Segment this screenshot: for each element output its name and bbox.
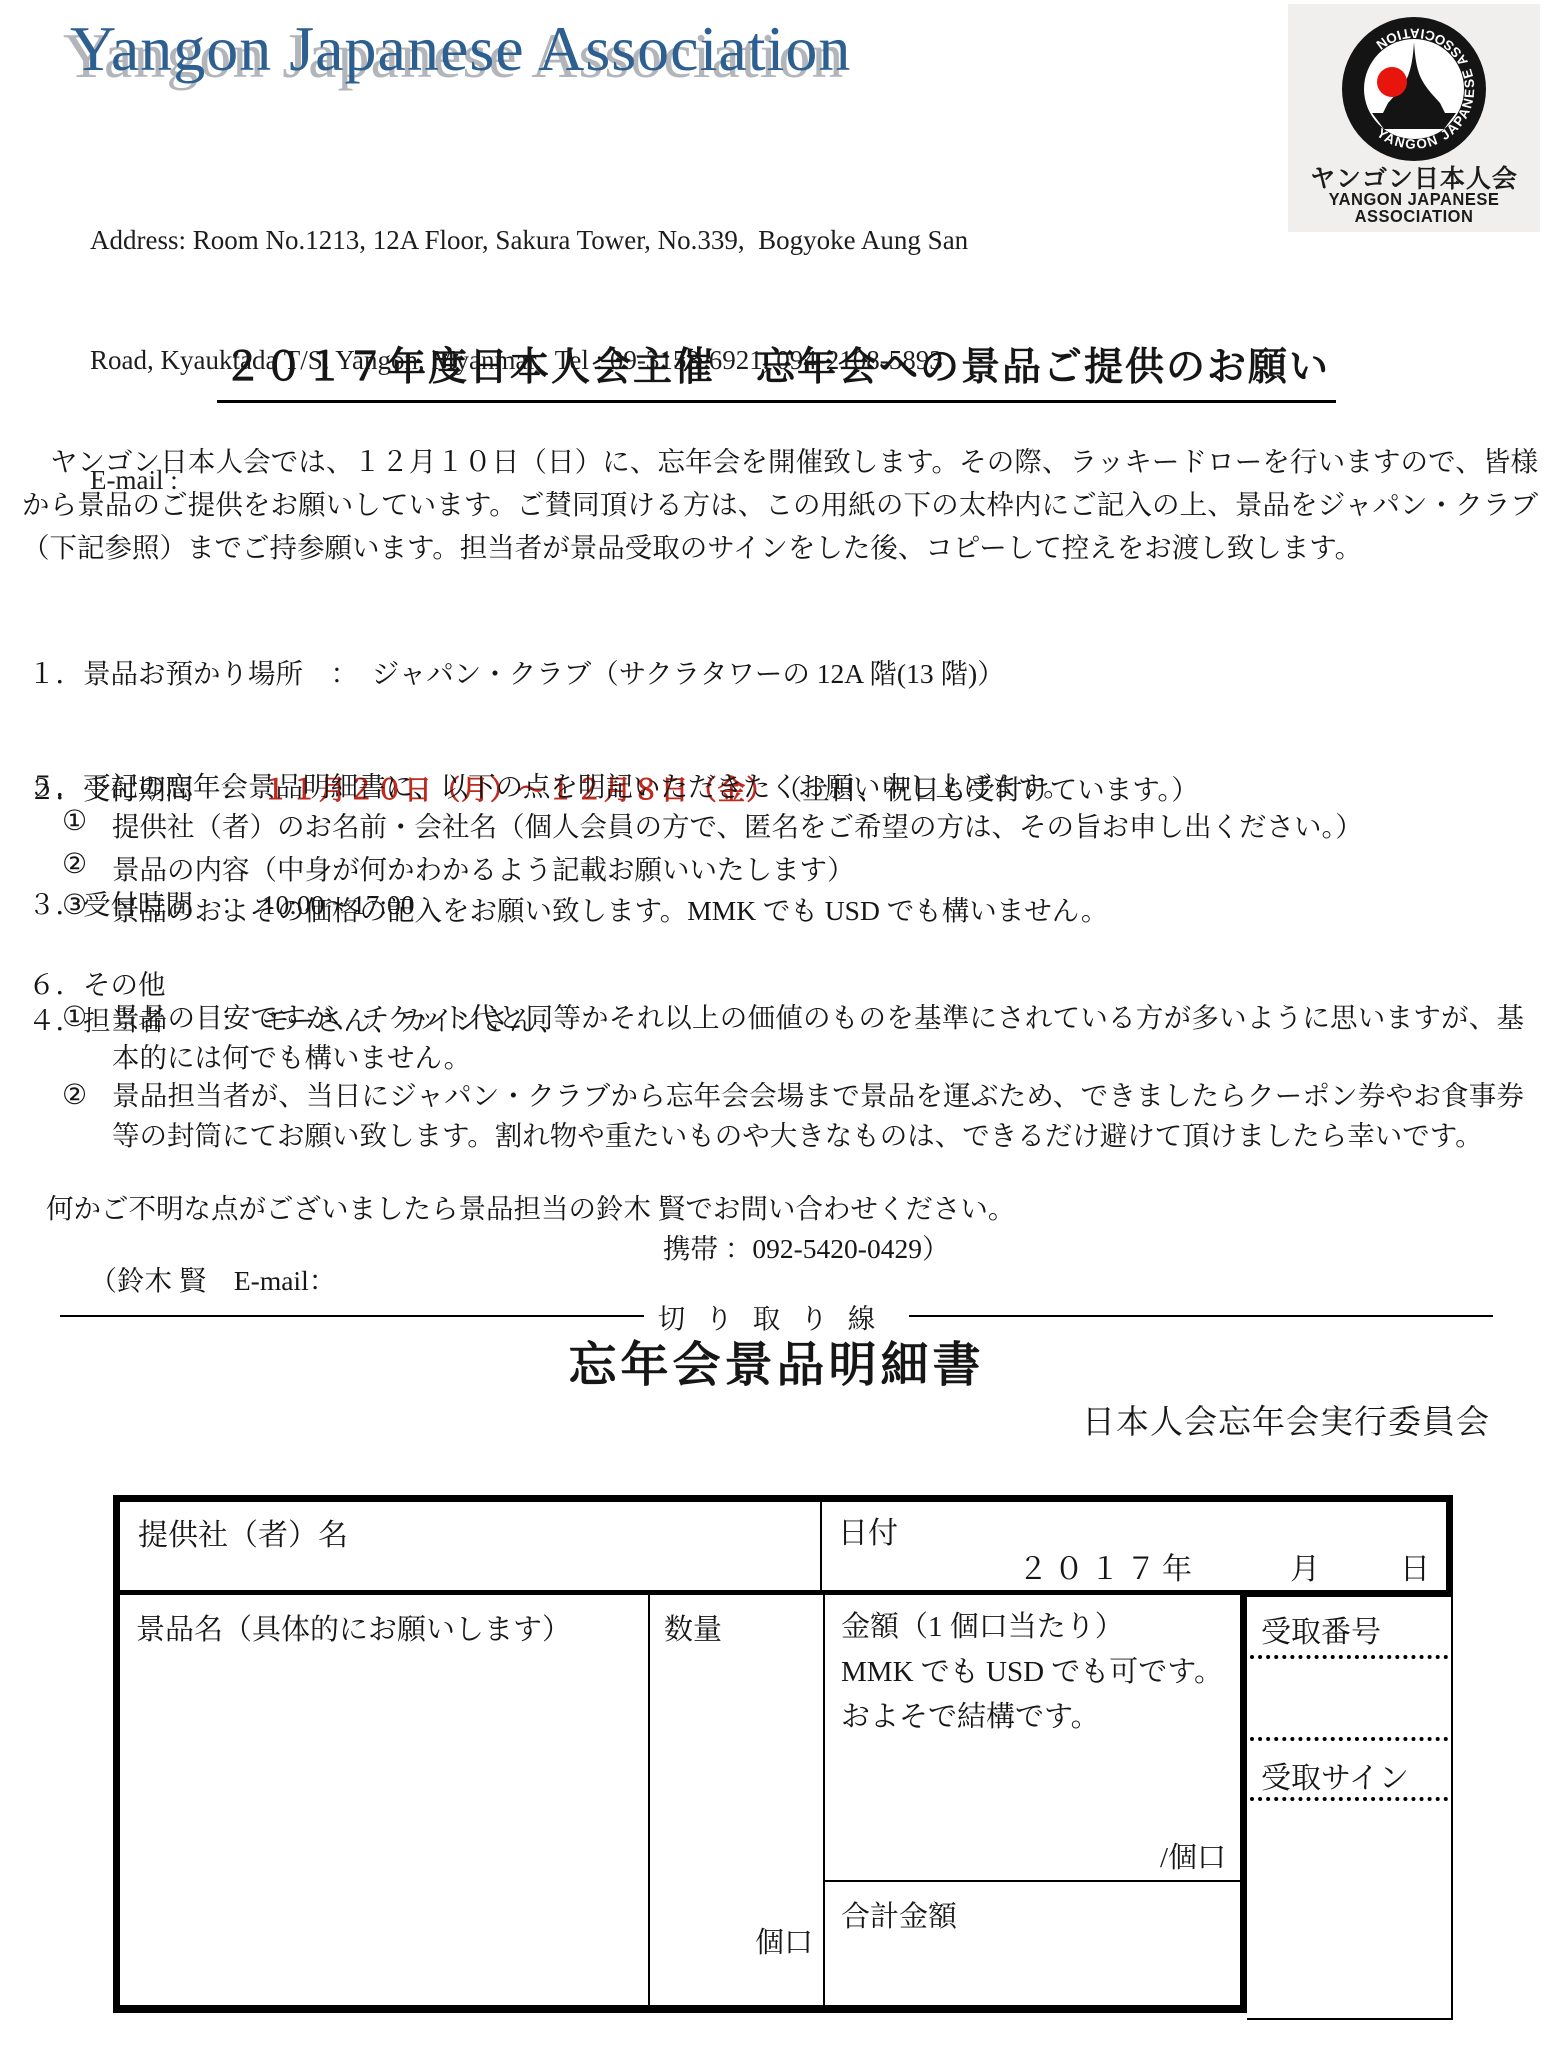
- section5-item-3-text: 景品のおよその価格の記入をお願い致します。MMK でも USD でも構いません。: [112, 888, 1502, 928]
- org-name-heading: Yangon Japanese Association: [70, 12, 851, 86]
- date-cell[interactable]: 日付 ２０１７年 月 日: [822, 1502, 1446, 1590]
- date-month-label: 月: [1290, 1544, 1320, 1588]
- quantity-label: 数量: [664, 1614, 722, 1646]
- receipt-sign-label: 受取サイン: [1261, 1762, 1409, 1795]
- committee-name: 日本人会忘年会実行委員会: [1082, 1396, 1490, 1443]
- section5-item-1-text: 提供社（者）のお名前・会社名（個人会員の方で、匿名をご希望の方は、その旨お申し出…: [112, 804, 1502, 844]
- amount-note-1: MMK でも USD でも可です。: [841, 1650, 1230, 1695]
- address-line-1: Address: Room No.1213, 12A Floor, Sakura…: [90, 220, 968, 260]
- section6-item-2-text: 景品担当者が、当日にジャパン・クラブから忘年会会場まで景品を運ぶため、できました…: [112, 1076, 1524, 1156]
- date-year: ２０１７年: [1018, 1544, 1198, 1588]
- receipt-number-blank[interactable]: [1247, 1659, 1451, 1741]
- contact-mobile: 携帯 ：092-5420-0429）: [663, 1226, 949, 1266]
- contact-line: 何かご不明な点がございましたら景品担当の鈴木 賢でお問い合わせください。: [46, 1186, 1015, 1226]
- contact-email-label: （鈴木 賢 E-mail：: [90, 1265, 337, 1296]
- section6-heading: ６．その他: [28, 962, 166, 1002]
- receipt-sign-cell[interactable]: 受取サイン: [1247, 1741, 1451, 1801]
- dotted-divider: [1250, 1797, 1448, 1801]
- amount-column: 金額（1 個口当たり） MMK でも USD でも可です。 およそで結構です。 …: [825, 1595, 1240, 2005]
- item-name-cell[interactable]: 景品名（具体的にお願いします）: [120, 1595, 650, 2005]
- document-title: ２０１７年度日本人会主催 忘年会への景品ご提供のお願い: [0, 336, 1553, 403]
- circled-1-icon: ①: [62, 998, 87, 1038]
- quantity-cell[interactable]: 数量 個口: [650, 1595, 825, 2005]
- section6-item-1: ① 景品の目安ですが、チケット代と同等かそれ以上の価値のものを基準にされている方…: [62, 998, 1524, 1078]
- logo-en-name-line2: ASSOCIATION: [1288, 209, 1540, 227]
- section6-item-2: ② 景品担当者が、当日にジャパン・クラブから忘年会会場まで景品を運ぶため、できま…: [62, 1076, 1524, 1156]
- circled-2-icon: ②: [62, 847, 87, 881]
- form-title: 忘年会景品明細書: [0, 1326, 1553, 1395]
- section5-heading: ５．下記の忘年会景品明細書に、以下の点を明記いただきたくお願い申し上げます。: [28, 764, 1071, 804]
- list-item-storage: １．景品お預かり場所 ： ジャパン・クラブ（サクラタワーの 12A 階(13 階…: [28, 655, 1199, 694]
- logo-sun-icon: [1377, 67, 1407, 97]
- per-unit-suffix: /個口: [1160, 1835, 1226, 1876]
- form-table-body: 景品名（具体的にお願いします） 数量 個口 金額（1 個口当たり） MMK でも…: [113, 1595, 1247, 2013]
- association-logo: YANGON JAPANESE ASSOCIATION ヤンゴン日本人会 YAN…: [1288, 4, 1540, 232]
- section5-item-3: ③ 景品のおよその価格の記入をお願い致します。MMK でも USD でも構いませ…: [62, 888, 1502, 928]
- circled-2-icon: ②: [62, 1076, 87, 1116]
- amount-note-2: およそで結構です。: [841, 1695, 1230, 1740]
- receipt-number-label: 受取番号: [1261, 1616, 1381, 1649]
- date-label: 日付: [838, 1517, 898, 1550]
- amount-label: 金額（1 個口当たり）: [841, 1605, 1230, 1650]
- document-page: Yangon Japanese Association Address: Roo…: [0, 0, 1553, 2057]
- logo-jp-name: ヤンゴン日本人会: [1288, 166, 1540, 192]
- provider-name-cell[interactable]: 提供社（者）名: [120, 1502, 822, 1590]
- circled-3-icon: ③: [62, 888, 87, 922]
- association-logo-icon: YANGON JAPANESE ASSOCIATION: [1339, 14, 1489, 164]
- date-day-label: 日: [1400, 1544, 1430, 1588]
- total-amount-cell[interactable]: 合計金額: [825, 1882, 1240, 2005]
- receipt-number-cell[interactable]: 受取番号: [1247, 1597, 1451, 1659]
- document-title-text: ２０１７年度日本人会主催 忘年会への景品ご提供のお願い: [217, 336, 1336, 403]
- quantity-unit-suffix: 個口: [755, 1920, 813, 1961]
- circled-1-icon: ①: [62, 804, 87, 838]
- section5-item-2-text: 景品の内容（中身が何かわかるよう記載お願いいたします）: [112, 847, 1502, 887]
- section5-item-1: ① 提供社（者）のお名前・会社名（個人会員の方で、匿名をご希望の方は、その旨お申…: [62, 804, 1502, 844]
- cut-line-dash-left: [60, 1315, 644, 1317]
- section6-item-1-text: 景品の目安ですが、チケット代と同等かそれ以上の価値のものを基準にされている方が多…: [112, 998, 1524, 1078]
- section5-item-2: ② 景品の内容（中身が何かわかるよう記載お願いいたします）: [62, 847, 1502, 887]
- intro-paragraph: ヤンゴン日本人会では、１２月１０日（日）に、忘年会を開催致します。その際、ラッキ…: [22, 440, 1538, 569]
- cut-line-dash-right: [909, 1315, 1493, 1317]
- receipt-column: 受取番号 受取サイン: [1247, 1595, 1453, 2020]
- amount-cell[interactable]: 金額（1 個口当たり） MMK でも USD でも可です。 およそで結構です。 …: [825, 1595, 1240, 1882]
- form-table-header-row: 提供社（者）名 日付 ２０１７年 月 日: [113, 1495, 1453, 1595]
